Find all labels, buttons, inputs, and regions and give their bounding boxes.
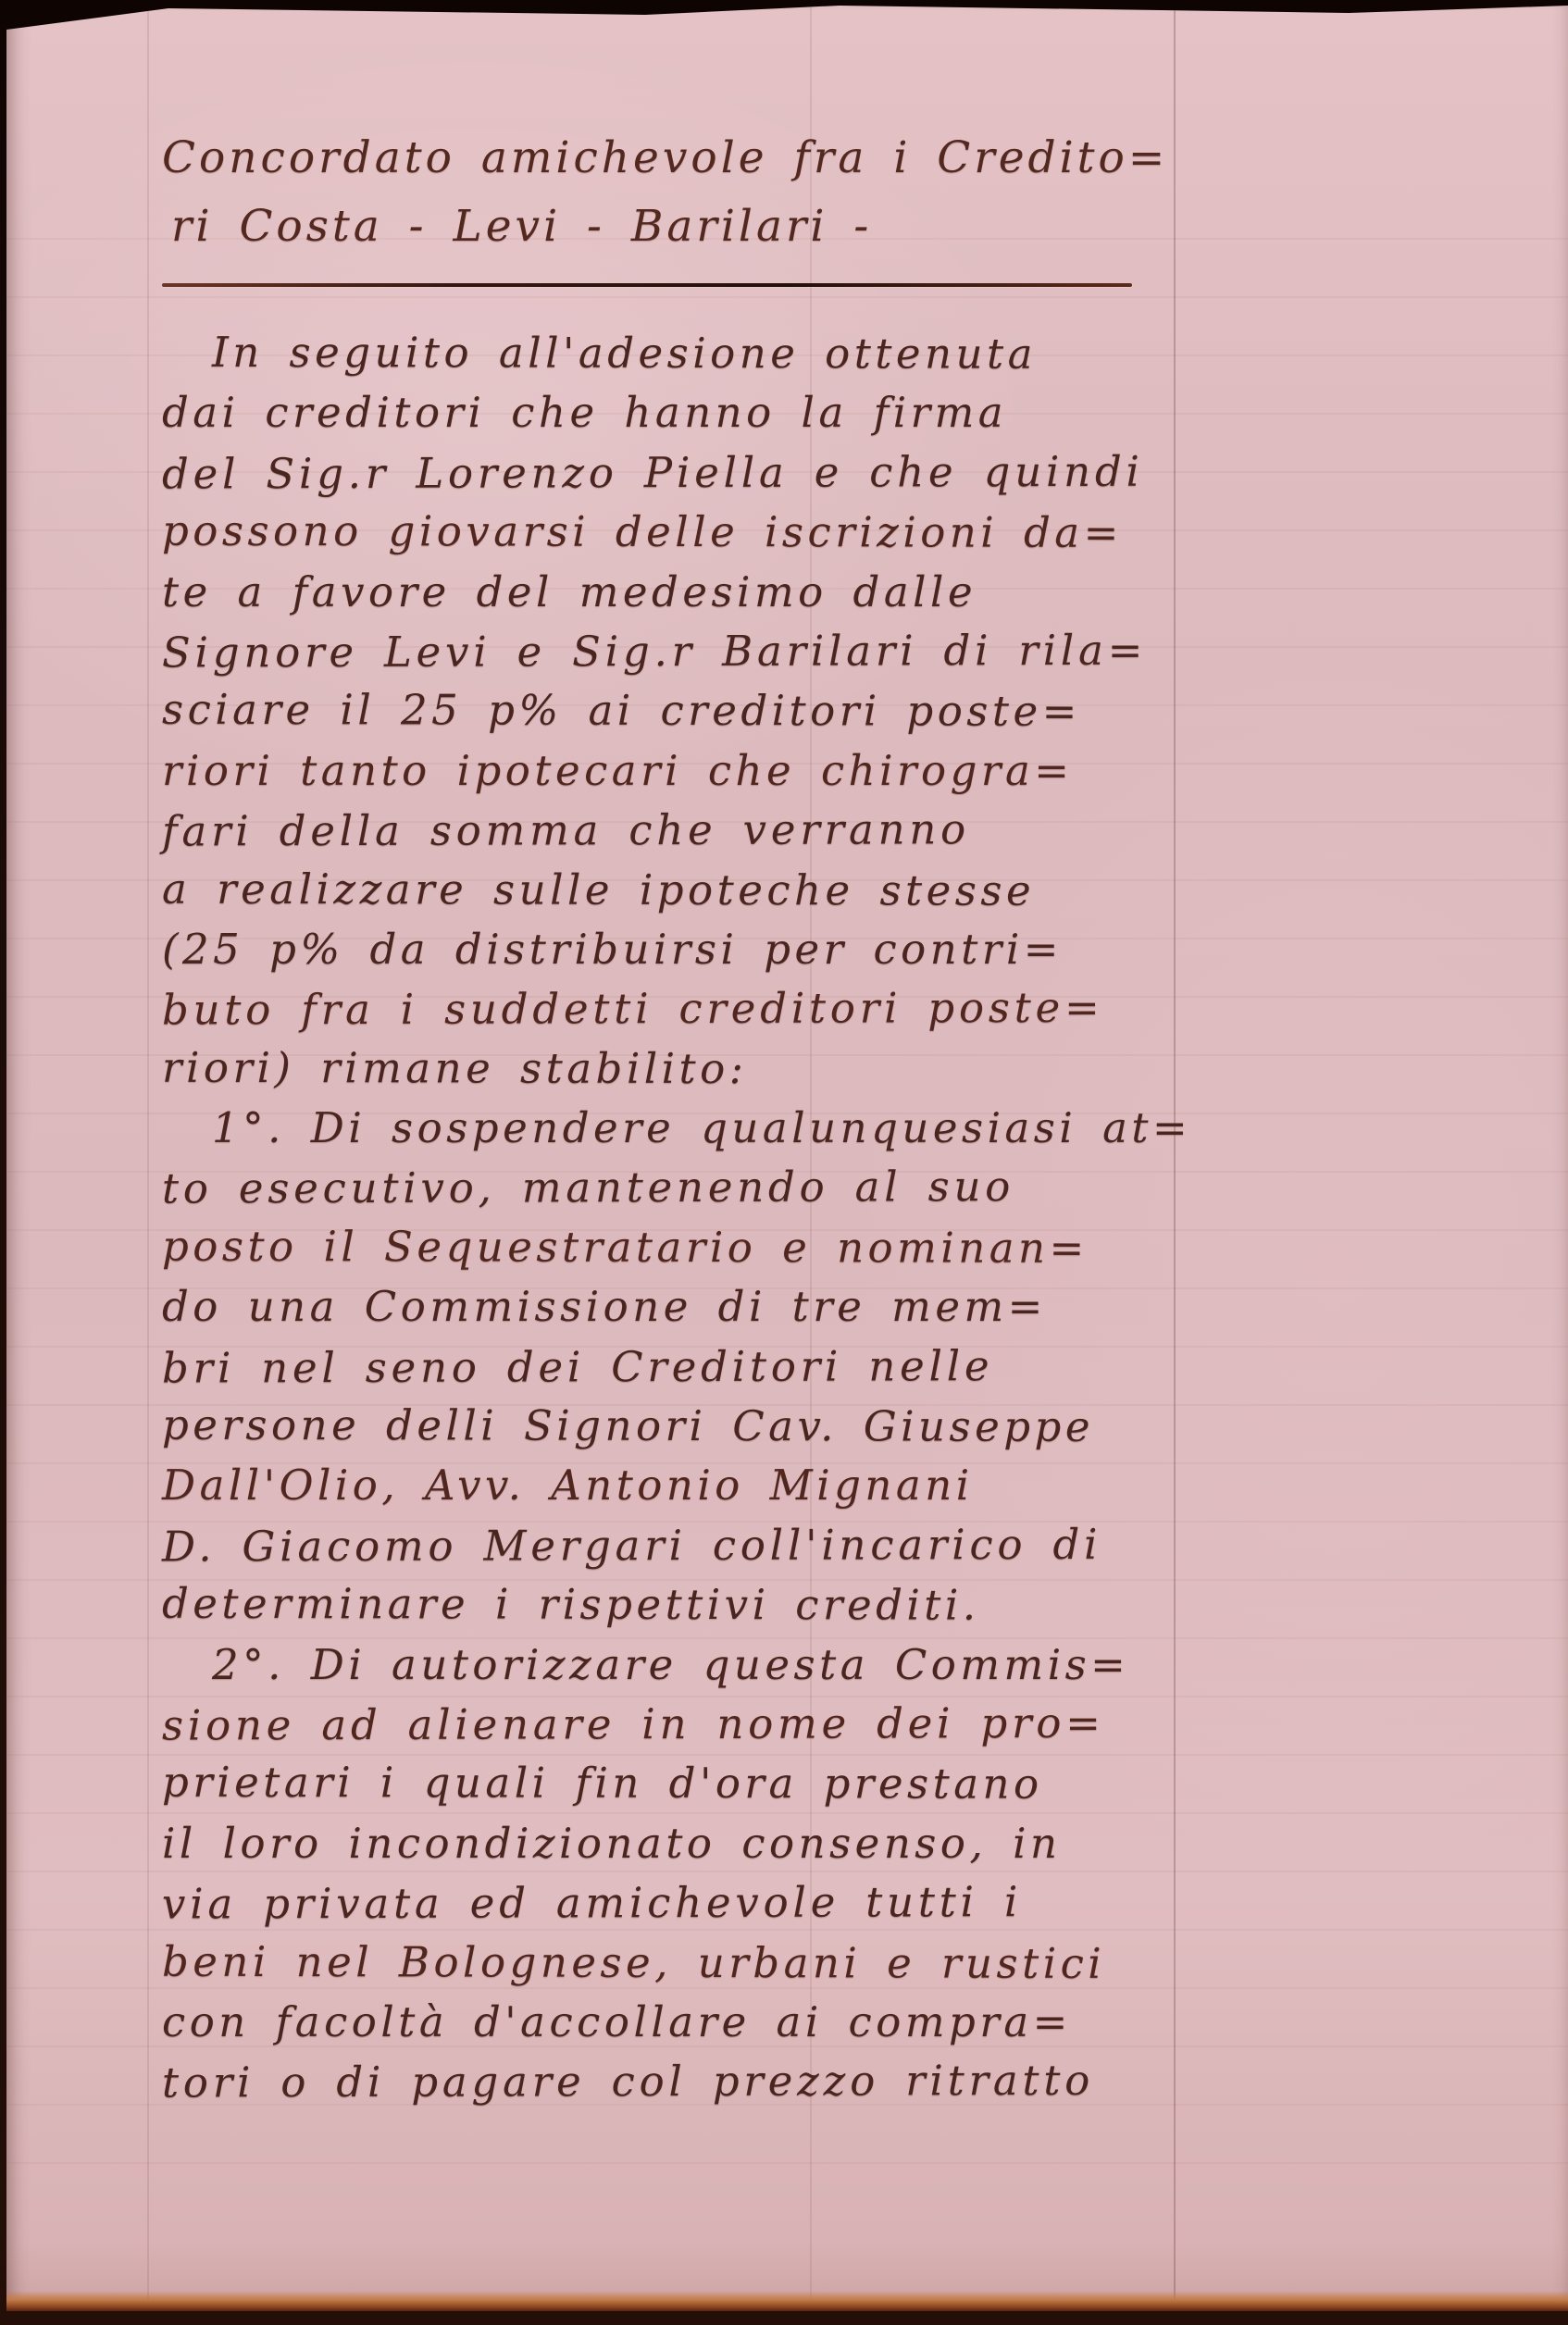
manuscript-line: te a favore del medesimo dalle <box>162 563 1234 622</box>
manuscript-line: prietari i quali fin d'ora prestano <box>162 1753 1234 1815</box>
manuscript-line: to esecutivo, mantenendo al suo <box>162 1157 1234 1219</box>
manuscript-line: posto il Sequestratario e nominan= <box>162 1217 1234 1279</box>
manuscript-line: con facoltà d'accollare ai compra= <box>162 1993 1234 2052</box>
manuscript-line: buto fra i suddetti creditori poste= <box>162 978 1234 1040</box>
manuscript-line: fari della somma che verranno <box>162 800 1234 862</box>
manuscript-line: 1°. Di sospendere qualunquesiasi at= <box>162 1099 1234 1158</box>
manuscript-line: In seguito all'adesione ottenuta <box>162 323 1234 385</box>
manuscript-line: bri nel seno dei Creditori nelle <box>162 1336 1234 1398</box>
manuscript-line: tori o di pagare col prezzo ritratto <box>162 2051 1234 2113</box>
manuscript-line: D. Giacomo Mergari coll'incarico di <box>162 1514 1234 1576</box>
title-underline-rule <box>162 283 1132 287</box>
manuscript-line: a realizzare sulle ipoteche stesse <box>162 859 1234 921</box>
title-line-1: Concordato amichevole fra i Credito= <box>162 124 1234 193</box>
manuscript-body: In seguito all'adesione ottenutadai cred… <box>162 324 1234 2112</box>
manuscript-line: sciare il 25 p% ai creditori poste= <box>162 680 1234 742</box>
manuscript-line: beni nel Bolognese, urbani e rustici <box>162 1932 1234 1994</box>
page-bottom-edge <box>6 2291 1568 2311</box>
fold-crease-left <box>147 0 149 2311</box>
manuscript-page: Concordato amichevole fra i Credito= ri … <box>6 0 1568 2311</box>
manuscript-line: sione ad alienare in nome dei pro= <box>162 1693 1234 1755</box>
manuscript-line: persone delli Signori Cav. Giuseppe <box>162 1396 1234 1458</box>
manuscript-text: Concordato amichevole fra i Credito= ri … <box>162 124 1234 2112</box>
manuscript-line: 2°. Di autorizzare questa Commis= <box>162 1635 1234 1695</box>
manuscript-line: via privata ed amichevole tutti i <box>162 1872 1234 1934</box>
manuscript-line: del Sig.r Lorenzo Piella e che quindi <box>162 441 1234 504</box>
title-line-2: ri Costa - Levi - Barilari - <box>162 193 1234 261</box>
manuscript-line: riori tanto ipotecari che chirogra= <box>162 741 1234 801</box>
manuscript-line: do una Commissione di tre mem= <box>162 1277 1234 1337</box>
manuscript-line: Signore Levi e Sig.r Barilari di rila= <box>162 620 1234 682</box>
manuscript-line: Dall'Olio, Avv. Antonio Mignani <box>162 1456 1234 1515</box>
photograph-background: Concordato amichevole fra i Credito= ri … <box>0 0 1568 2325</box>
manuscript-line: dai creditori che hanno la firma <box>162 383 1234 442</box>
document-title: Concordato amichevole fra i Credito= ri … <box>162 124 1234 261</box>
manuscript-line: riori) rimane stabilito: <box>162 1038 1234 1100</box>
manuscript-line: determinare i rispettivi crediti. <box>162 1574 1234 1636</box>
manuscript-line: possono giovarsi delle iscrizioni da= <box>162 502 1234 564</box>
manuscript-line: il loro incondizionato consenso, in <box>162 1814 1234 1873</box>
manuscript-line: (25 p% da distribuirsi per contri= <box>162 920 1234 979</box>
